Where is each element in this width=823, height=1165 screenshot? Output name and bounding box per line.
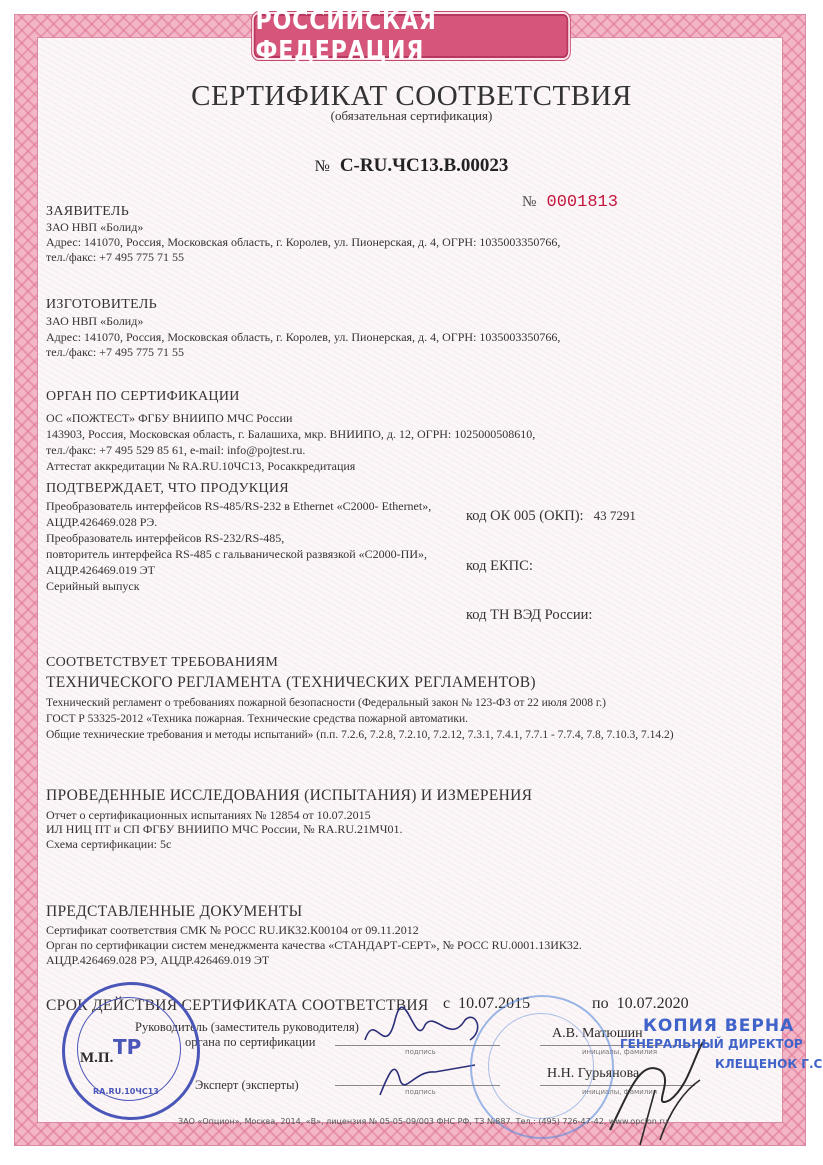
documents-line: АЦДР.426469.028 РЭ, АЦДР.426469.019 ЭТ — [46, 953, 269, 969]
head-signatory-label-2: органа по сертификации — [185, 1035, 315, 1051]
number-sign: № — [315, 158, 330, 175]
technical-regulation-heading: ТЕХНИЧЕСКОГО РЕГЛАМЕНТА (ТЕХНИЧЕСКИХ РЕГ… — [46, 674, 536, 692]
blank-serial-number: № 0001813 — [522, 193, 618, 212]
applicant-name: ЗАО НВП «Болид» — [46, 220, 143, 236]
manufacturer-phone: тел./факс: +7 495 775 71 55 — [46, 345, 184, 361]
product-line: Преобразователь интерфейсов RS-485/RS-23… — [46, 499, 431, 515]
certification-body-accreditation: Аттестат аккредитации № RA.RU.10ЧС13, Ро… — [46, 459, 355, 475]
certification-body-contacts: тел./факс: +7 495 529 85 61, e-mail: inf… — [46, 443, 305, 459]
documents-line: Орган по сертификации систем менеджмента… — [46, 938, 582, 954]
number-sign: № — [522, 194, 536, 210]
seal-ring-text: RA.RU.10ЧС13 — [93, 1087, 159, 1096]
certification-body-heading: ОРГАН ПО СЕРТИФИКАЦИИ — [46, 389, 240, 405]
okp-code-label: код ОК 005 (ОКП): — [466, 508, 584, 524]
certificate-number-value: C-RU.ЧС13.В.00023 — [340, 155, 509, 176]
tests-heading: ПРОВЕДЕННЫЕ ИССЛЕДОВАНИЯ (ИСПЫТАНИЯ) И И… — [46, 787, 532, 805]
serial-value: 0001813 — [547, 193, 618, 212]
certificate-number: №C-RU.ЧС13.В.00023 — [0, 155, 823, 177]
product-line: АЦДР.426469.019 ЭТ — [46, 563, 155, 579]
product-line: повторитель интерфейса RS-485 с гальвани… — [46, 547, 427, 563]
expert-label: Эксперт (эксперты) — [195, 1078, 299, 1094]
printer-imprint: ЗАО «Опцион», Москва, 2014, «В», лицензи… — [178, 1117, 668, 1126]
copy-true-name: КЛЕЩЕНОК Г.С. — [715, 1057, 823, 1071]
certification-body-address: 143903, Россия, Московская область, г. Б… — [46, 427, 535, 443]
conformity-line: Общие технические требования и методы ис… — [46, 728, 674, 744]
tests-line: ИЛ НИЦ ПТ и СП ФГБУ ВНИИПО МЧС России, №… — [46, 822, 403, 838]
validity-to-label: по — [592, 995, 609, 1012]
documents-line: Сертификат соответствия СМК № РОСС RU.ИК… — [46, 923, 419, 939]
certification-body-name: ОС «ПОЖТЕСТ» ФГБУ ВНИИПО МЧС России — [46, 411, 292, 427]
conformity-line: ГОСТ Р 53325-2012 «Техника пожарная. Тех… — [46, 712, 468, 728]
applicant-heading: ЗАЯВИТЕЛЬ — [46, 204, 129, 220]
seal-center-mark: ТР — [113, 1035, 141, 1059]
conformity-heading: СООТВЕТСТВУЕТ ТРЕБОВАНИЯМ — [46, 655, 278, 671]
tnved-code-label: код ТН ВЭД России: — [466, 607, 592, 624]
validity-to: по 10.07.2020 — [592, 995, 689, 1013]
product-heading: ПОДТВЕРЖДАЕТ, ЧТО ПРОДУКЦИЯ — [46, 481, 289, 497]
certification-body-seal: ТР RA.RU.10ЧС13 — [62, 982, 200, 1120]
manufacturer-address: Адрес: 141070, Россия, Московская област… — [46, 330, 560, 346]
okp-code: код ОК 005 (ОКП):43 7291 — [466, 508, 636, 525]
documents-heading: ПРЕДСТАВЛЕННЫЕ ДОКУМЕНТЫ — [46, 903, 302, 921]
conformity-line: Технический регламент о требованиях пожа… — [46, 696, 606, 712]
tests-line: Схема сертификации: 5с — [46, 837, 171, 853]
document-subtitle: (обязательная сертификация) — [0, 108, 823, 124]
okp-code-value: 43 7291 — [594, 508, 636, 523]
product-line: Серийный выпуск — [46, 579, 140, 595]
copy-true-director: ГЕНЕРАЛЬНЫЙ ДИРЕКТОР — [620, 1037, 803, 1051]
manufacturer-name: ЗАО НВП «Болид» — [46, 314, 143, 330]
applicant-phone: тел./факс: +7 495 775 71 55 — [46, 250, 184, 266]
copy-true-stamp: КОПИЯ ВЕРНА — [643, 1016, 794, 1036]
applicant-address: Адрес: 141070, Россия, Московская област… — [46, 235, 560, 251]
manufacturer-heading: ИЗГОТОВИТЕЛЬ — [46, 297, 157, 313]
country-banner: РОССИЙСКАЯ ФЕДЕРАЦИЯ — [254, 14, 569, 58]
validity-to-date: 10.07.2020 — [617, 995, 689, 1012]
ekps-code-label: код ЕКПС: — [466, 558, 533, 575]
product-line: АЦДР.426469.028 РЭ. — [46, 515, 157, 531]
product-line: Преобразователь интерфейсов RS-232/RS-48… — [46, 531, 284, 547]
company-stamp-inner-ring — [488, 1013, 594, 1119]
